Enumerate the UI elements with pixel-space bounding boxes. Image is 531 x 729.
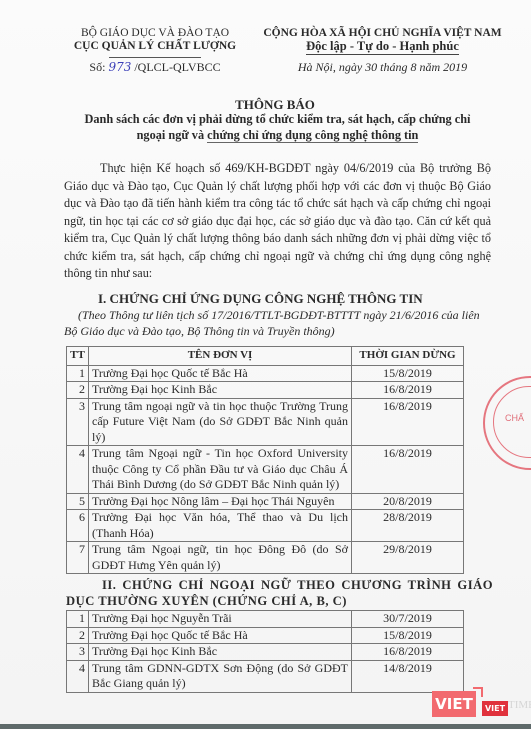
column-header-name: TÊN ĐƠN VỊ (89, 347, 352, 366)
unit-name: Trường Đại học Kinh Bắc (89, 644, 352, 661)
section-1-heading: I. CHỨNG CHỈ ỨNG DỤNG CÔNG NGHỆ THÔNG TI… (98, 291, 423, 307)
unit-name: Trường Đại học Nguyễn Trãi (89, 611, 352, 628)
row-number: 7 (67, 542, 89, 574)
unit-name: Trung tâm ngoại ngữ và tin học thuộc Trư… (89, 398, 352, 446)
table-row: 2Trường Đại học Kinh Bắc16/8/2019 (67, 382, 464, 399)
subtitle-line-2: ngoại ngữ và chứng chỉ ứng dụng công ngh… (60, 128, 495, 144)
stop-date: 15/8/2019 (352, 365, 464, 382)
doc-number-suffix: /QLCL-QLVBCC (134, 60, 220, 74)
stop-date: 16/8/2019 (352, 382, 464, 399)
document-title: THÔNG BÁO (40, 97, 510, 113)
unit-name: Trường Đại học Nông lâm – Đại học Thái N… (89, 493, 352, 510)
table-row: 3Trung tâm ngoại ngữ và tin học thuộc Tr… (67, 398, 464, 446)
doc-number-label: Số: (89, 60, 105, 74)
table-row: 7Trung tâm Ngoại ngữ, tin học Đông Đô (d… (67, 542, 464, 574)
table-row: 3Trường Đại học Kinh Bắc16/8/2019 (67, 644, 464, 661)
unit-name: Trường Đại học Quốc tế Bắc Hà (89, 627, 352, 644)
unit-name: Trung tâm Ngoại ngữ - Tin học Oxford Uni… (89, 446, 352, 494)
logo-times: TIMES (508, 699, 531, 711)
subtitle-line-1: Danh sách các đơn vị phải dừng tổ chức k… (60, 112, 495, 128)
document-subtitle: Danh sách các đơn vị phải dừng tổ chức k… (60, 112, 495, 143)
row-number: 3 (67, 644, 89, 661)
table-header-row: TT TÊN ĐƠN VỊ THỜI GIAN DỪNG (67, 347, 464, 366)
unit-name: Trường Đại học Quốc tế Bắc Hà (89, 365, 352, 382)
body-paragraph: Thực hiện Kế hoạch số 469/KH-BGDĐT ngày … (64, 160, 491, 283)
row-number: 4 (67, 660, 89, 692)
logo-viet-small: VIET (482, 701, 508, 716)
section-1-note: (Theo Thông tư liên tịch số 17/2016/TTLT… (64, 307, 491, 339)
row-number: 3 (67, 398, 89, 446)
table-row: 6Trường Đại học Văn hóa, Thể thao và Du … (67, 510, 464, 542)
document-number: Số: 973 /QLCL-QLVBCC (60, 61, 250, 74)
table-row: 1Trường Đại học Nguyễn Trãi30/7/2019 (67, 611, 464, 628)
national-motto: Độc lập - Tự do - Hạnh phúc (250, 40, 515, 53)
table-row: 1Trường Đại học Quốc tế Bắc Hà15/8/2019 (67, 365, 464, 382)
unit-name: Trung tâm Ngoại ngữ, tin học Đông Đô (do… (89, 542, 352, 574)
row-number: 4 (67, 446, 89, 494)
table-row: 2Trường Đại học Quốc tế Bắc Hà15/8/2019 (67, 627, 464, 644)
unit-name: Trường Đại học Văn hóa, Thể thao và Du l… (89, 510, 352, 542)
row-number: 5 (67, 493, 89, 510)
department-name: CỤC QUẢN LÝ CHẤT LƯỢNG (60, 40, 250, 53)
unit-name: Trung tâm GDNN-GDTX Sơn Động (do Sở GDĐT… (89, 660, 352, 692)
column-header-tt: TT (67, 347, 89, 366)
seal-text: CHẤ (505, 413, 524, 423)
table-row: 4Trung tâm Ngoại ngữ - Tin học Oxford Un… (67, 446, 464, 494)
table-row: 4Trung tâm GDNN-GDTX Sơn Động (do Sở GDĐ… (67, 660, 464, 692)
stop-date: 30/7/2019 (352, 611, 464, 628)
row-number: 1 (67, 611, 89, 628)
subtitle-line-2-underlined: chứng chỉ ứng dụng công nghệ thông tin (207, 128, 418, 143)
stop-date: 16/8/2019 (352, 644, 464, 661)
issuing-agency-block: BỘ GIÁO DỤC VÀ ĐÀO TẠO CỤC QUẢN LÝ CHẤT … (60, 27, 250, 74)
subtitle-line-2-start: ngoại ngữ và (137, 128, 208, 142)
place-date: Hà Nội, ngày 30 tháng 8 năm 2019 (250, 61, 515, 74)
national-header-block: CỘNG HÒA XÃ HỘI CHỦ NGHĨA VIỆT NAM Độc l… (250, 27, 515, 74)
stop-date: 14/8/2019 (352, 660, 464, 692)
ministry-name: BỘ GIÁO DỤC VÀ ĐÀO TẠO (60, 27, 250, 40)
doc-number-handwritten: 973 (108, 60, 131, 74)
stop-date: 29/8/2019 (352, 542, 464, 574)
stop-date: 16/8/2019 (352, 398, 464, 446)
row-number: 2 (67, 627, 89, 644)
section-2-heading: II. CHỨNG CHỈ NGOẠI NGỮ THEO CHƯƠNG TRÌN… (66, 577, 493, 609)
header-divider (109, 57, 201, 58)
stop-date: 28/8/2019 (352, 510, 464, 542)
official-seal-stamp: CHẤ (483, 376, 531, 470)
row-number: 1 (67, 365, 89, 382)
section-1-table: TT TÊN ĐƠN VỊ THỜI GIAN DỪNG 1Trường Đại… (66, 346, 464, 574)
footer-bar (0, 724, 531, 729)
unit-name: Trường Đại học Kinh Bắc (89, 382, 352, 399)
logo-viet-big: VIET (432, 691, 476, 717)
motto-text: Độc lập - Tự do - Hạnh phúc (306, 39, 459, 55)
row-number: 2 (67, 382, 89, 399)
table-row: 5Trường Đại học Nông lâm – Đại học Thái … (67, 493, 464, 510)
document-page: BỘ GIÁO DỤC VÀ ĐÀO TẠO CỤC QUẢN LÝ CHẤT … (0, 0, 531, 729)
stop-date: 15/8/2019 (352, 627, 464, 644)
stop-date: 20/8/2019 (352, 493, 464, 510)
stop-date: 16/8/2019 (352, 446, 464, 494)
section-2-table: 1Trường Đại học Nguyễn Trãi30/7/20192Trư… (66, 610, 464, 693)
row-number: 6 (67, 510, 89, 542)
column-header-date: THỜI GIAN DỪNG (352, 347, 464, 366)
